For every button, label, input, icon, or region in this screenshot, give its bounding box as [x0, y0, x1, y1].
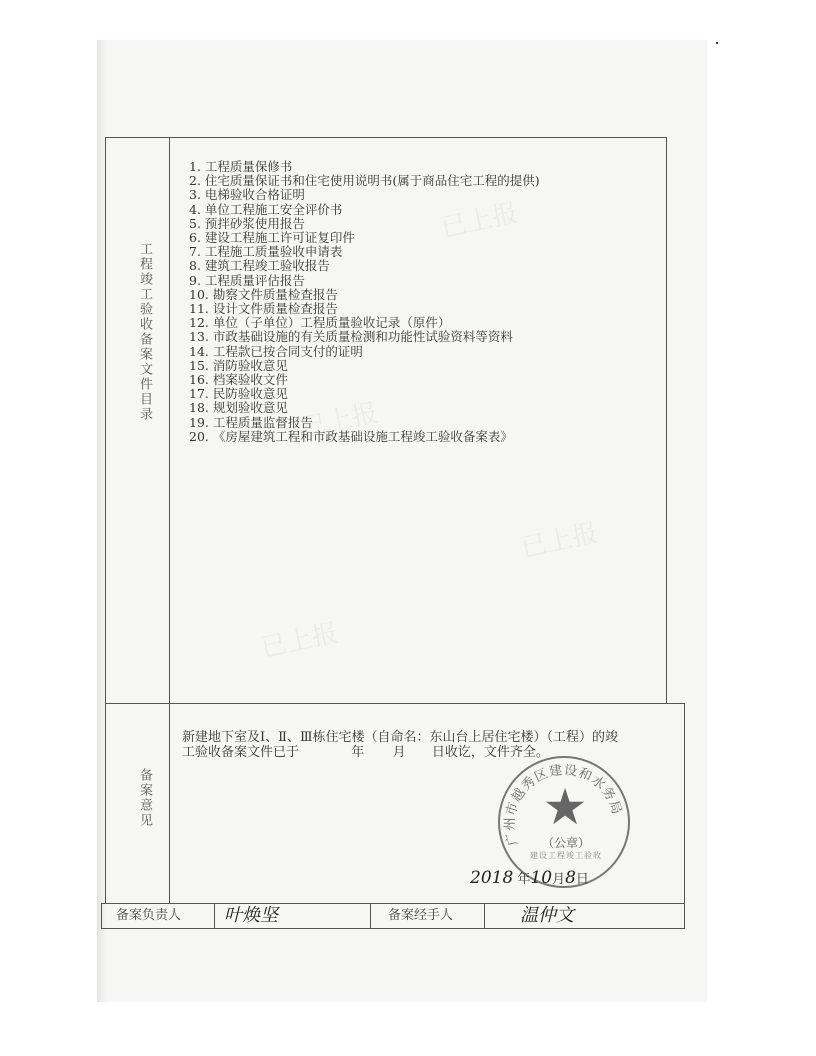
date-month-handwritten: 10 — [530, 868, 552, 888]
star-icon: ★ — [540, 782, 590, 832]
list-item: 16. 档案验收文件 — [189, 373, 540, 387]
opinion-year-char: 年 — [351, 745, 364, 760]
opinion-line-1: 新建地下室及Ⅰ、Ⅱ、Ⅲ栋住宅楼（自命名：东山台上居住宅楼）（工程）的竣 — [182, 730, 682, 745]
opinion-month-char: 月 — [393, 745, 406, 760]
handler-label: 备案经手人 — [388, 904, 453, 928]
list-item: 9. 工程质量评估报告 — [189, 274, 540, 288]
file-list: 1. 工程质量保修书 2. 住宅质量保证书和住宅使用说明书(属于商品住宅工程的提… — [189, 160, 540, 444]
list-item: 2. 住宅质量保证书和住宅使用说明书(属于商品住宅工程的提供) — [189, 174, 540, 188]
date-day-char: 日 — [576, 872, 589, 887]
list-item: 18. 规划验收意见 — [189, 401, 540, 415]
seal-sub-text: 建设工程竣工验收 — [530, 850, 602, 861]
date-month-char: 月 — [552, 872, 565, 887]
list-item: 14. 工程款已按合同支付的证明 — [189, 345, 540, 359]
seal-label: （公章） — [542, 834, 590, 851]
list-item: 15. 消防验收意见 — [189, 359, 540, 373]
list-item: 3. 电梯验收合格证明 — [189, 188, 540, 202]
list-item: 10. 勘察文件质量检查报告 — [189, 288, 540, 302]
list-item: 7. 工程施工质量验收申请表 — [189, 245, 540, 259]
list-item: 19. 工程质量监督报告 — [189, 416, 540, 430]
file-list-label: 工程竣工验收备案文件目录 — [120, 242, 154, 422]
file-list-side-cell: 工程竣工验收备案文件目录 — [106, 138, 170, 704]
handler-signature: 温仲文 — [520, 904, 574, 928]
responsible-label: 备案负责人 — [116, 904, 181, 928]
speck — [716, 42, 718, 44]
list-item: 4. 单位工程施工安全评价书 — [189, 203, 540, 217]
filing-date: 2018 年10月8日 — [470, 868, 589, 888]
list-item: 13. 市政基础设施的有关质量检测和功能性试验资料等资料 — [189, 330, 540, 344]
date-day-handwritten: 8 — [565, 868, 576, 888]
list-item: 20. 《房屋建筑工程和市政基础设施工程竣工验收备案表》 — [189, 430, 540, 444]
list-item: 1. 工程质量保修书 — [189, 160, 540, 174]
date-year-char: 年 — [517, 872, 530, 887]
date-year-handwritten: 2018 — [470, 868, 513, 888]
list-item: 8. 建筑工程竣工验收报告 — [189, 259, 540, 273]
list-item: 11. 设计文件质量检查报告 — [189, 302, 540, 316]
file-list-row: 工程竣工验收备案文件目录 1. 工程质量保修书 2. 住宅质量保证书和住宅使用说… — [105, 137, 667, 704]
list-item: 6. 建设工程施工许可证复印件 — [189, 231, 540, 245]
opinion-row: 备案意见 新建地下室及Ⅰ、Ⅱ、Ⅲ栋住宅楼（自命名：东山台上居住宅楼）（工程）的竣… — [105, 703, 685, 904]
responsible-signature: 叶焕坚 — [224, 904, 278, 928]
opinion-label: 备案意见 — [120, 768, 154, 828]
opinion-received-prefix: 工验收备案文件已于 — [182, 745, 299, 760]
list-item: 12. 单位（子单位）工程质量验收记录（原件） — [189, 316, 540, 330]
list-item: 17. 民防验收意见 — [189, 387, 540, 401]
signature-row: 备案负责人 叶焕坚 备案经手人 温仲文 — [101, 903, 685, 929]
list-item: 5. 预拌砂浆使用报告 — [189, 217, 540, 231]
opinion-text: 新建地下室及Ⅰ、Ⅱ、Ⅲ栋住宅楼（自命名：东山台上居住宅楼）（工程）的竣 工验收备… — [182, 730, 682, 760]
opinion-side-cell: 备案意见 — [106, 704, 170, 904]
